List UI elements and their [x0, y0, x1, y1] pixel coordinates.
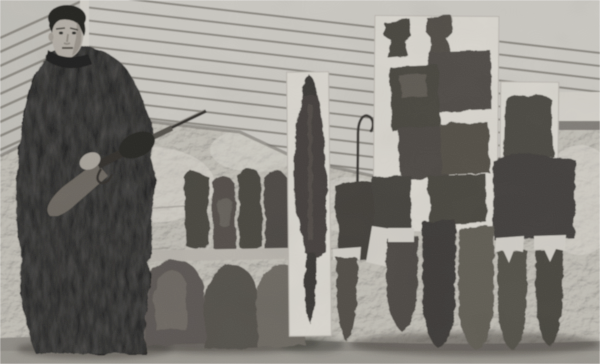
- photo-canvas: [0, 0, 600, 364]
- vintage-trapper-photograph: [0, 0, 600, 364]
- film-grain-overlay: [0, 0, 600, 364]
